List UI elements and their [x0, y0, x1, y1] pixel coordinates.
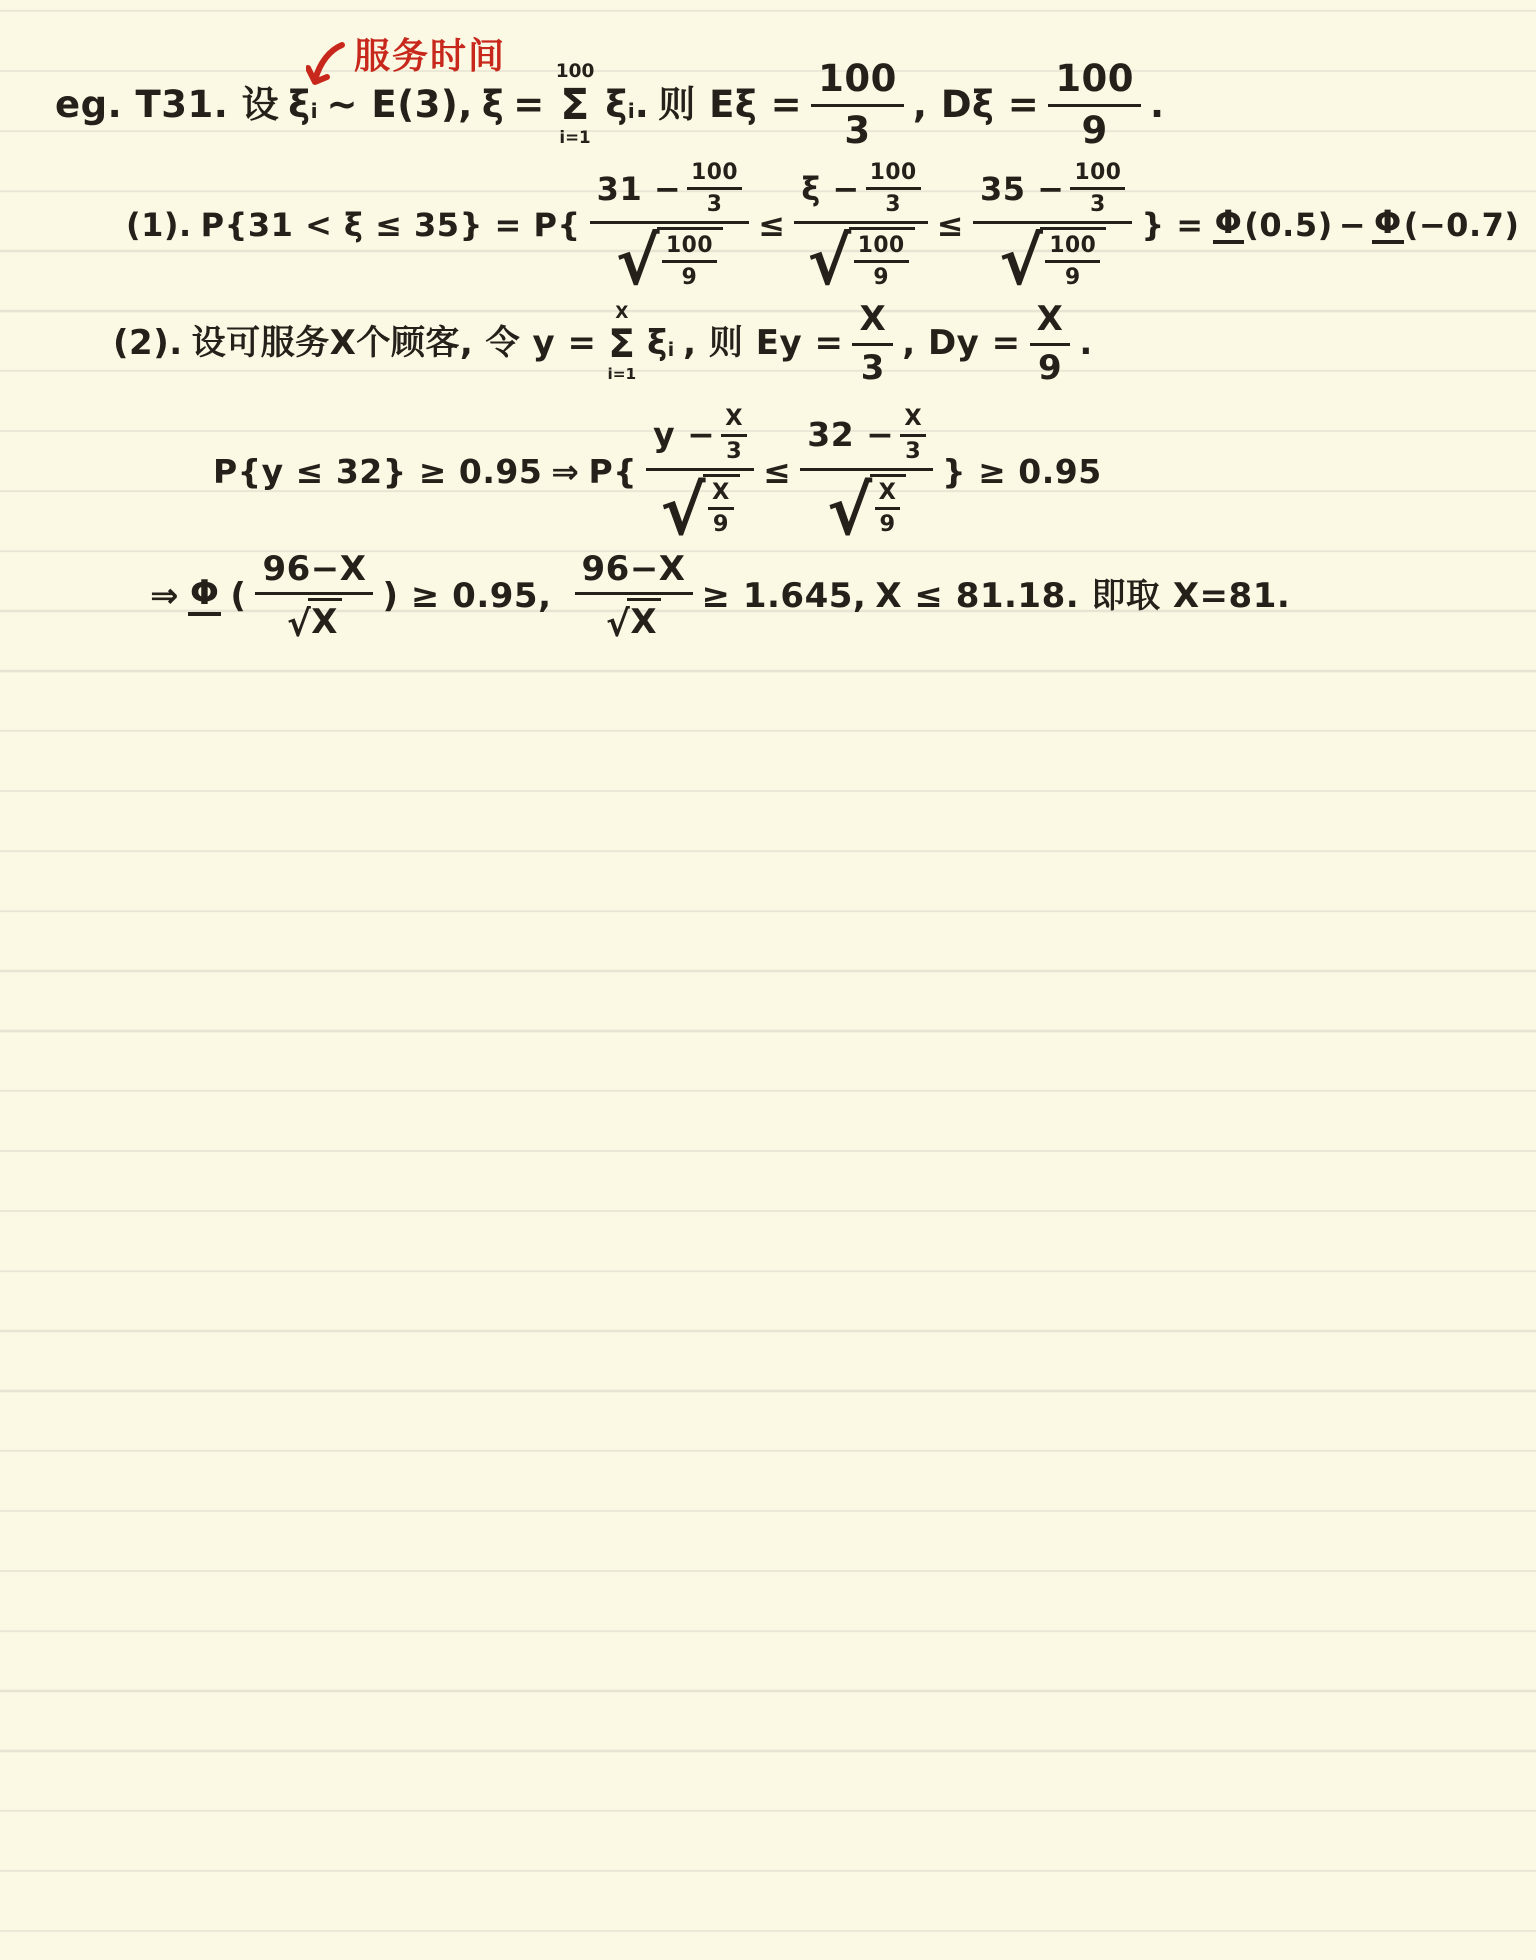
implies-arrow: ⇒ [150, 577, 179, 616]
fraction-denominator: 3 [722, 437, 746, 465]
part1-label: (1). [126, 207, 192, 244]
standardized-fraction: y − X 3 √ X 9 [646, 406, 754, 538]
square-root: √ X [287, 598, 342, 642]
line-part1-probability: (1). P{31 < ξ ≤ 35} = P{ 31 − 100 3 √ 10… [126, 158, 1519, 292]
square-root: √ 100 9 [616, 227, 723, 290]
fraction: 100 3 [1070, 160, 1125, 217]
fraction-denominator: 9 [678, 263, 702, 290]
radicand: 100 9 [1040, 227, 1106, 290]
xi-i-symbol: ξi [647, 324, 674, 363]
expectation-text: , 则 Ey = [683, 324, 843, 363]
fraction-denominator: √ X [280, 595, 349, 642]
line-conclusion: ⇒ Φ ( 96−X √ X ) ≥ 0.95, 96−X √ X ≥ 1.64… [150, 550, 1290, 642]
math-text: y − [653, 416, 715, 454]
fraction-numerator: 100 [866, 160, 921, 190]
problem-head-text: eg. T31. 设 [55, 84, 279, 127]
square-root: √ 100 9 [999, 227, 1106, 290]
radicand: 100 9 [657, 227, 723, 290]
radical-icon: √ [827, 483, 873, 538]
fraction-denominator: 9 [875, 510, 899, 538]
xi-subscript: i [628, 100, 635, 123]
probability-open-text: P{31 < ξ ≤ 35} = P{ [201, 207, 581, 244]
summation: X Σ i=1 [607, 305, 636, 382]
fraction-numerator: X [875, 480, 901, 511]
fraction: X 3 [852, 300, 893, 387]
minus-sign: − [1333, 207, 1372, 244]
fraction-numerator: 100 [854, 233, 909, 263]
fraction-numerator: 35 − 100 3 [973, 160, 1132, 223]
radicand: X 9 [703, 474, 740, 539]
xi-symbol: ξ [482, 84, 504, 127]
fraction-denominator: √ 100 9 [992, 224, 1113, 290]
fraction-numerator: X [852, 300, 893, 345]
standardized-fraction: 32 − X 3 √ X 9 [800, 406, 933, 538]
line-problem-setup: eg. T31. 设 ξi ~ E(3), ξ = 100 Σ i=1 ξi. … [55, 58, 1165, 152]
fraction: X 9 [1030, 300, 1071, 387]
radicand: X 9 [870, 474, 907, 539]
fraction: 100 3 [687, 160, 742, 217]
fraction-denominator: 3 [837, 107, 877, 153]
square-root: √ X 9 [660, 474, 739, 539]
fraction-denominator: 3 [881, 190, 905, 217]
summation: 100 Σ i=1 [556, 63, 595, 147]
sum-upper-limit: X [615, 305, 628, 322]
math-text: 35 − [980, 171, 1064, 208]
fraction-numerator: 32 − X 3 [800, 406, 933, 471]
period: . [1079, 324, 1092, 363]
fraction-denominator: √ X [599, 595, 668, 642]
sigma-symbol: Σ [560, 85, 590, 128]
fraction-denominator: 9 [1031, 346, 1069, 388]
fraction: X 3 [900, 406, 926, 465]
fraction-numerator: 100 [1070, 160, 1125, 190]
fraction: 100 9 [662, 233, 717, 290]
part2-label: (2). [113, 324, 183, 363]
fraction-numerator: 100 [1048, 58, 1141, 107]
brace-close-equals: } = [1141, 207, 1203, 244]
probability-lhs-text: P{y ≤ 32} ≥ 0.95 [213, 453, 542, 491]
fraction-numerator: X [708, 480, 734, 511]
phi-argument: (−0.7) [1404, 207, 1520, 244]
phi-result: Φ(0.5) − Φ(−0.7) [1213, 206, 1520, 245]
xi-symbol: ξ [647, 324, 668, 363]
fraction-numerator: 96−X [575, 550, 693, 595]
fraction-denominator: 9 [1061, 263, 1085, 290]
conclusion-text: X ≤ 81.18. 即取 X=81. [875, 577, 1290, 616]
radical-icon: √ [999, 236, 1043, 290]
fraction: X 3 [721, 406, 747, 465]
fraction-numerator: X [900, 406, 926, 437]
less-equal-sign: ≤ [937, 207, 964, 244]
distribution-text: ~ E(3), [327, 84, 473, 127]
phi-argument: (0.5) [1244, 207, 1332, 244]
standardized-fraction: 31 − 100 3 √ 100 9 [590, 160, 749, 289]
expectation-text: 则 Eξ = [658, 84, 802, 127]
sum-upper-limit: 100 [556, 63, 595, 82]
less-equal-sign: ≤ [763, 453, 791, 491]
fraction-numerator: 100 [1045, 233, 1100, 263]
sum-lower-limit: i=1 [559, 130, 590, 147]
fraction-denominator: 9 [869, 263, 893, 290]
variance-text: , Dy = [902, 324, 1020, 363]
standardized-fraction: 35 − 100 3 √ 100 9 [973, 160, 1132, 289]
fraction: 100 3 [866, 160, 921, 217]
fraction: 96−X √ X [255, 550, 373, 642]
xi-symbol: ξ [288, 84, 310, 127]
phi-symbol: Φ [1213, 206, 1245, 245]
radicand: X [627, 598, 661, 642]
fraction-denominator: 3 [901, 437, 925, 465]
phi-symbol: Φ [188, 576, 221, 617]
fraction: X 9 [708, 480, 734, 539]
fraction-numerator: 96−X [255, 550, 373, 595]
setup-text: 设可服务X个顾客, 令 y = [192, 324, 597, 363]
probability-open-text: P{ [588, 453, 637, 491]
fraction-denominator: 3 [854, 346, 892, 388]
fraction-numerator: X [721, 406, 747, 437]
phi-symbol: Φ [1372, 206, 1404, 245]
square-root: √ X [606, 598, 661, 642]
implies-arrow: ⇒ [551, 453, 579, 491]
fraction-denominator: 3 [1086, 190, 1110, 217]
line-part2-condition: P{y ≤ 32} ≥ 0.95 ⇒ P{ y − X 3 √ X 9 [213, 405, 1102, 539]
square-root: √ X 9 [827, 474, 906, 539]
math-text: 32 − [807, 416, 894, 454]
fraction-numerator: X [1030, 300, 1071, 345]
xi-subscript: i [668, 340, 674, 362]
math-text: 31 − [597, 171, 681, 208]
fraction-numerator: 100 [662, 233, 717, 263]
fraction-denominator: √ X 9 [820, 471, 913, 539]
xi-i-symbol: ξi [288, 84, 317, 127]
radicand: X [308, 598, 342, 642]
notebook-page: 服务时间 eg. T31. 设 ξi ~ E(3), ξ = 100 Σ i=1… [0, 0, 1536, 1960]
math-text: ξ − [801, 171, 859, 208]
fraction-denominator: 9 [709, 510, 733, 538]
ge-value-text: ≥ 1.645, [702, 577, 867, 616]
sigma-symbol: Σ [608, 325, 635, 364]
line-part2-setup: (2). 设可服务X个顾客, 令 y = X Σ i=1 ξi , 则 Ey =… [113, 298, 1093, 390]
radical-icon: √ [807, 236, 851, 290]
fraction-numerator: 100 [687, 160, 742, 190]
xi-i-symbol: ξi. [605, 84, 649, 127]
fraction: 100 9 [1048, 58, 1141, 152]
fraction-numerator: y − X 3 [646, 406, 754, 471]
variance-text: , Dξ = [913, 84, 1039, 127]
sum-lower-limit: i=1 [607, 367, 636, 382]
fraction-numerator: ξ − 100 3 [794, 160, 927, 223]
fraction-denominator: 9 [1075, 107, 1115, 153]
fraction: 100 9 [1045, 233, 1100, 290]
fraction: 100 9 [854, 233, 909, 290]
fraction-denominator: √ 100 9 [800, 224, 921, 290]
brace-close-condition: } ≥ 0.95 [942, 453, 1102, 491]
fraction-denominator: √ 100 9 [609, 224, 730, 290]
fraction-numerator: 100 [811, 58, 904, 107]
xi-symbol: ξ [605, 84, 627, 127]
fraction: 100 3 [811, 58, 904, 152]
xi-subscript: i [311, 100, 318, 123]
fraction-denominator: √ X 9 [653, 471, 746, 539]
fraction: X 9 [875, 480, 901, 539]
fraction: 96−X √ X [575, 550, 693, 642]
paren-close-condition: ) ≥ 0.95, [382, 577, 551, 616]
square-root: √ 100 9 [807, 227, 914, 290]
equals-sign: = [513, 84, 545, 127]
fraction-numerator: 31 − 100 3 [590, 160, 749, 223]
fraction-denominator: 3 [703, 190, 727, 217]
radical-icon: √ [616, 236, 660, 290]
radicand: 100 9 [849, 227, 915, 290]
less-equal-sign: ≤ [758, 207, 785, 244]
paren-open: ( [230, 577, 246, 616]
period: . [1150, 84, 1165, 127]
standardized-fraction: ξ − 100 3 √ 100 9 [794, 160, 927, 289]
radical-icon: √ [660, 483, 706, 538]
period: . [635, 84, 650, 127]
